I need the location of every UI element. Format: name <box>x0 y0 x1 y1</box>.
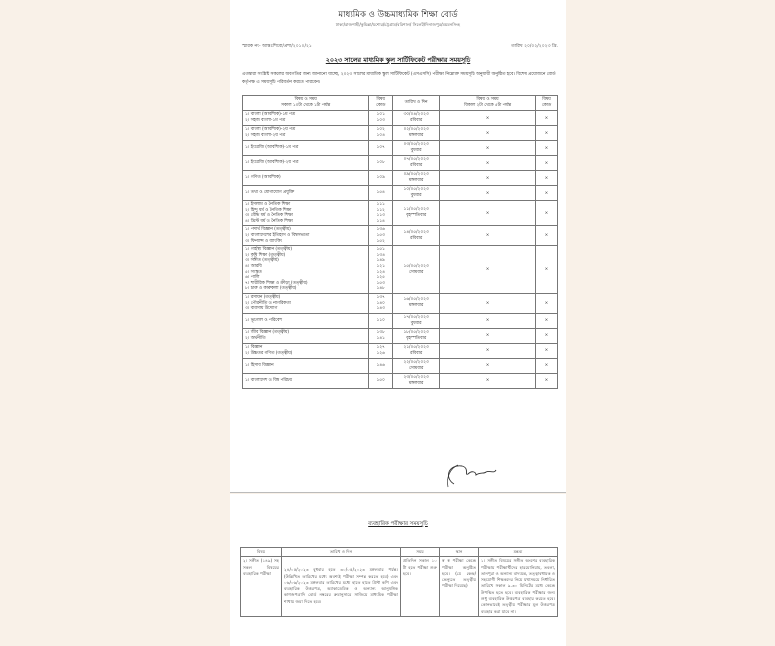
subject-name: ২। সহজ বাংলা-২য় পত্র <box>245 133 366 139</box>
subject-name: ১। হিসাব বিজ্ঞান <box>245 363 366 369</box>
exam-day: বুধবার <box>395 321 437 327</box>
practical-venue: স্ব স্ব পরীক্ষা কেন্দ্রে পরীক্ষা অনুষ্ঠি… <box>440 557 479 617</box>
table-row: ১। পদার্থ বিজ্ঞান (তত্ত্বীয়)২। বাংলাদেশ… <box>243 226 558 246</box>
subject-code: ১০৩ <box>371 118 390 124</box>
morning-subjects: ১। হিসাব বিজ্ঞান <box>243 358 369 373</box>
morning-subjects: ১। ইসলাম ও নৈতিক শিক্ষা২। হিন্দু ধর্ম ও … <box>243 201 369 226</box>
table-row: ১। ইংরেজি (আবশ্যিক)-২য় পত্র১০৮০৭/০৫/২০২… <box>243 156 558 171</box>
subject-code: ১৪১ <box>371 336 390 342</box>
morning-subjects: ১। তথ্য ও যোগাযোগ প্রযুক্তি <box>243 186 369 201</box>
morning-subjects: ১। গার্হস্থ্য বিজ্ঞান (তত্ত্বীয়)২। কৃষি… <box>243 246 369 294</box>
afternoon-subject: × <box>440 343 536 358</box>
exam-day: সোমবার <box>395 270 437 276</box>
exam-day: বৃহস্পতিবার <box>395 213 437 219</box>
practical-schedule-table: বিষয় তারিখ ও দিন সময় স্থান মন্তব্য ২। … <box>240 547 558 617</box>
afternoon-subject: × <box>440 226 536 246</box>
document-title: ২০২৩ সালের মাধ্যমিক স্কুল সার্টিফিকেট পর… <box>230 55 566 66</box>
exam-date-day: ২২/০৫/২০২৩সোমবার <box>393 358 440 373</box>
subject-codes: ১৩৮১৪১ <box>369 328 393 343</box>
afternoon-code: × <box>535 111 557 126</box>
exam-day: রবিবার <box>395 236 437 242</box>
afternoon-subject: × <box>440 186 536 201</box>
exam-date-day: ১৫/০৫/২০২৩সোমবার <box>393 246 440 294</box>
subject-codes: ১২৭১২৬ <box>369 343 393 358</box>
subject-name: ৩। ফিন্যান্স ও ব্যাংকিং <box>245 239 366 245</box>
table-row: ১। ইসলাম ও নৈতিক শিক্ষা২। হিন্দু ধর্ম ও … <box>243 201 558 226</box>
morning-subjects: ১। বিজ্ঞান২। উচ্চতর গণিত (তত্ত্বীয়) <box>243 343 369 358</box>
header-time: সময় <box>401 548 440 557</box>
afternoon-code: × <box>535 373 557 388</box>
afternoon-subject: × <box>440 201 536 226</box>
subject-codes: ১০১১০৩ <box>369 111 393 126</box>
subject-codes: ১১০ <box>369 313 393 328</box>
subject-codes: ১৫১১৩৪১৪৯১২১১২৪১২৫১৫৩১৪৮ <box>369 246 393 294</box>
subject-codes: ১৩৬১৫৩১৫২ <box>369 226 393 246</box>
morning-subjects: ১। বাংলা (আবশ্যিক)-২য় পত্র২। সহজ বাংলা-… <box>243 126 369 141</box>
afternoon-subject: × <box>440 171 536 186</box>
subject-codes: ১০৮ <box>369 156 393 171</box>
exam-day: বুধবার <box>395 148 437 154</box>
table-row: ১। রসায়ন (তত্ত্বীয়)২। পৌরনীতি ও নাগরিক… <box>243 293 558 313</box>
subject-code: ১২৬ <box>371 351 390 357</box>
subject-name: ৪। খ্রিস্ট ধর্ম ও নৈতিক শিক্ষা <box>245 219 366 225</box>
header-subject: বিষয় <box>241 548 282 557</box>
subject-codes: ১১১১১২১১৩১১৪ <box>369 201 393 226</box>
exam-schedule-table: বিষয় ও সময় সকাল ১০টা থেকে ১টা পর্যন্ত … <box>242 95 558 389</box>
exam-date-day: ০৯/০৫/২০২৩মঙ্গলবার <box>393 171 440 186</box>
subject-codes: ১৩৭১৪০১৪৩ <box>369 293 393 313</box>
morning-subjects: ১। জীব বিজ্ঞান (তত্ত্বীয়)২। অর্থনীতি <box>243 328 369 343</box>
subject-code: ১৫০ <box>371 378 390 384</box>
afternoon-subject: × <box>440 246 536 294</box>
table-row: ২। সঙ্গীত (১৪৯) সহ সকল বিষয়ের ব্যবহারিক… <box>241 557 558 617</box>
exam-date-day: ১১/০৫/২০২৩বৃহস্পতিবার <box>393 201 440 226</box>
exam-day: মঙ্গলবার <box>395 133 437 139</box>
afternoon-subject: × <box>440 358 536 373</box>
exam-date-day: ১৬/০৫/২০২৩মঙ্গলবার <box>393 293 440 313</box>
header-code-2: বিষয় কোড <box>535 96 557 111</box>
subject-name: ২। সহজ বাংলা-১ম পত্র <box>245 118 366 124</box>
subject-codes: ১০২১০৪ <box>369 126 393 141</box>
page-divider <box>230 492 566 493</box>
subject-name: ৮। চারু ও কারুকলা (তত্ত্বীয়) <box>245 286 366 292</box>
afternoon-code: × <box>535 313 557 328</box>
subject-code: ১৪৬ <box>371 363 390 369</box>
exam-date-day: ২৩/০৫/২০২৩মঙ্গলবার <box>393 373 440 388</box>
exam-day: বৃহস্পতিবার <box>395 336 437 342</box>
subject-code: ১১০ <box>371 318 390 324</box>
table-header-row: বিষয় ও সময় সকাল ১০টা থেকে ১টা পর্যন্ত … <box>243 96 558 111</box>
subject-name: ১। বাংলাদেশ ও বিশ্ব পরিচয় <box>245 378 366 384</box>
notice-page-1: মাধ্যমিক ও উচ্চমাধ্যমিক শিক্ষা বোর্ড ঢাক… <box>230 0 566 492</box>
afternoon-subject: × <box>440 293 536 313</box>
table-row: ১। বাংলা (আবশ্যিক)-১ম পত্র২। সহজ বাংলা-১… <box>243 111 558 126</box>
practical-remarks: ১। সঙ্গীত বিষয়ের সঙ্গীত অংশের ব্যবহারিক… <box>479 557 558 617</box>
subject-code: ১০৭ <box>371 145 390 151</box>
board-cities: ঢাকা/রাজশাহী/কুমিল্লা/যশোর/চট্টগ্রাম/বরি… <box>230 22 566 29</box>
exam-date-day: ১৪/০৫/২০২৩রবিবার <box>393 226 440 246</box>
practical-title: ব্যবহারিক পরীক্ষার সময়সূচি <box>230 521 566 529</box>
table-row: ১। গণিত (আবশ্যিক)১০৯০৯/০৫/২০২৩মঙ্গলবার×× <box>243 171 558 186</box>
afternoon-code: × <box>535 141 557 156</box>
afternoon-code: × <box>535 246 557 294</box>
table-header-row: বিষয় তারিখ ও দিন সময় স্থান মন্তব্য <box>241 548 558 557</box>
morning-subjects: ১। বাংলাদেশ ও বিশ্ব পরিচয় <box>243 373 369 388</box>
exam-day: সোমবার <box>395 366 437 372</box>
exam-day: মঙ্গলবার <box>395 381 437 387</box>
subject-codes: ১৫৪ <box>369 186 393 201</box>
exam-day: রবিবার <box>395 351 437 357</box>
table-row: ১। বাংলাদেশ ও বিশ্ব পরিচয়১৫০২৩/০৫/২০২৩ম… <box>243 373 558 388</box>
header-code: বিষয় কোড <box>369 96 393 111</box>
afternoon-subject: × <box>440 111 536 126</box>
notice-page-2: ব্যবহারিক পরীক্ষার সময়সূচি বিষয় তারিখ … <box>230 494 566 646</box>
exam-date-day: ১৭/০৫/২০২৩বুধবার <box>393 313 440 328</box>
afternoon-subject: × <box>440 328 536 343</box>
subject-codes: ১৪৬ <box>369 358 393 373</box>
header-date-day: তারিখ ও দিন <box>393 96 440 111</box>
board-name: মাধ্যমিক ও উচ্চমাধ্যমিক শিক্ষা বোর্ড <box>230 8 566 22</box>
afternoon-code: × <box>535 156 557 171</box>
exam-day: রবিবার <box>395 163 437 169</box>
exam-date-day: ০৭/০৫/২০২৩রবিবার <box>393 156 440 171</box>
schedule-body: ১। বাংলা (আবশ্যিক)-১ম পত্র২। সহজ বাংলা-১… <box>243 111 558 389</box>
exam-date-day: ৩০/০৪/২০২৩রবিবার <box>393 111 440 126</box>
afternoon-subject: × <box>440 141 536 156</box>
exam-date-day: ১৮/০৫/২০২৩বৃহস্পতিবার <box>393 328 440 343</box>
afternoon-subject: × <box>440 373 536 388</box>
afternoon-code: × <box>535 126 557 141</box>
header-venue: স্থান <box>440 548 479 557</box>
subject-code: ১৪৮ <box>371 286 390 292</box>
practical-date-day: ২৪/০৫/২০২৩ বুধবার হতে ৩০/০৫/২০২৩ মঙ্গলবা… <box>282 557 401 617</box>
subject-codes: ১০৯ <box>369 171 393 186</box>
subject-name: ১। ভূগোল ও পরিবেশ <box>245 318 366 324</box>
header-afternoon-subject: বিষয় ও সময় বিকাল ২টা থেকে ৫টা পর্যন্ত <box>440 96 536 111</box>
afternoon-code: × <box>535 186 557 201</box>
subject-name: ১। গণিত (আবশ্যিক) <box>245 175 366 181</box>
morning-subjects: ১। রসায়ন (তত্ত্বীয়)২। পৌরনীতি ও নাগরিক… <box>243 293 369 313</box>
exam-date-day: ১০/০৫/২০২৩বুধবার <box>393 186 440 201</box>
exam-day: মঙ্গলবার <box>395 178 437 184</box>
subject-name: ২। উচ্চতর গণিত (তত্ত্বীয়) <box>245 351 366 357</box>
exam-date-day: ০২/০৫/২০২৩মঙ্গলবার <box>393 126 440 141</box>
table-row: ১। বাংলা (আবশ্যিক)-২য় পত্র২। সহজ বাংলা-… <box>243 126 558 141</box>
header-morning-subject: বিষয় ও সময় সকাল ১০টা থেকে ১টা পর্যন্ত <box>243 96 369 111</box>
subject-code: ১৫২ <box>371 239 390 245</box>
table-row: ১। গার্হস্থ্য বিজ্ঞান (তত্ত্বীয়)২। কৃষি… <box>243 246 558 294</box>
subject-code: ১৫৪ <box>371 190 390 196</box>
exam-date-day: ০৩/০৫/২০২৩বুধবার <box>393 141 440 156</box>
table-row: ১। তথ্য ও যোগাযোগ প্রযুক্তি১৫৪১০/০৫/২০২৩… <box>243 186 558 201</box>
morning-subjects: ১। বাংলা (আবশ্যিক)-১ম পত্র২। সহজ বাংলা-১… <box>243 111 369 126</box>
afternoon-code: × <box>535 343 557 358</box>
subject-codes: ১৫০ <box>369 373 393 388</box>
issue-date: তারিখ ২০/০২/২০২৩ খ্রি. <box>511 43 558 50</box>
memo-number: স্মারক নং- আন্তঃশিবো/প্রশা/২০১০/২১ <box>242 43 312 50</box>
subject-code: ১০৪ <box>371 133 390 139</box>
table-row: ১। হিসাব বিজ্ঞান১৪৬২২/০৫/২০২৩সোমবার×× <box>243 358 558 373</box>
afternoon-code: × <box>535 293 557 313</box>
exam-date-day: ২১/০৫/২০২৩রবিবার <box>393 343 440 358</box>
subject-name: ১। তথ্য ও যোগাযোগ প্রযুক্তি <box>245 190 366 196</box>
afternoon-code: × <box>535 328 557 343</box>
subject-code: ১০৮ <box>371 160 390 166</box>
subject-code: ১০৯ <box>371 175 390 181</box>
subject-codes: ১০৭ <box>369 141 393 156</box>
table-row: ১। বিজ্ঞান২। উচ্চতর গণিত (তত্ত্বীয়)১২৭১… <box>243 343 558 358</box>
morning-subjects: ১। পদার্থ বিজ্ঞান (তত্ত্বীয়)২। বাংলাদেশ… <box>243 226 369 246</box>
header-date-day: তারিখ ও দিন <box>282 548 401 557</box>
subject-name: ১। ইংরেজি (আবশ্যিক)-২য় পত্র <box>245 160 366 166</box>
table-row: ১। ভূগোল ও পরিবেশ১১০১৭/০৫/২০২৩বুধবার×× <box>243 313 558 328</box>
exam-day: মঙ্গলবার <box>395 303 437 309</box>
morning-subjects: ১। গণিত (আবশ্যিক) <box>243 171 369 186</box>
afternoon-code: × <box>535 171 557 186</box>
subject-name: ৩। ব্যবসায় উদ্যোগ <box>245 306 366 312</box>
table-row: ১। জীব বিজ্ঞান (তত্ত্বীয়)২। অর্থনীতি১৩৮… <box>243 328 558 343</box>
afternoon-subject: × <box>440 156 536 171</box>
exam-day: বুধবার <box>395 193 437 199</box>
afternoon-code: × <box>535 226 557 246</box>
intro-paragraph: এতদ্বারা সংশ্লিষ্ট সকলের অবগতির জন্য জান… <box>242 71 556 86</box>
header-remarks: মন্তব্য <box>479 548 558 557</box>
subject-code: ১৪৩ <box>371 306 390 312</box>
morning-subjects: ১। ভূগোল ও পরিবেশ <box>243 313 369 328</box>
subject-name: ২। অর্থনীতি <box>245 336 366 342</box>
subject-name: ১। ইংরেজি (আবশ্যিক)-১ম পত্র <box>245 145 366 151</box>
morning-subjects: ১। ইংরেজি (আবশ্যিক)-২য় পত্র <box>243 156 369 171</box>
table-row: ১। ইংরেজি (আবশ্যিক)-১ম পত্র১০৭০৩/০৫/২০২৩… <box>243 141 558 156</box>
afternoon-subject: × <box>440 126 536 141</box>
subject-code: ১১৪ <box>371 219 390 225</box>
practical-time: প্রতিদিন সকাল ১০ টা হতে পরীক্ষা শুরু হবে… <box>401 557 440 617</box>
afternoon-subject: × <box>440 313 536 328</box>
exam-day: রবিবার <box>395 118 437 124</box>
morning-subjects: ১। ইংরেজি (আবশ্যিক)-১ম পত্র <box>243 141 369 156</box>
practical-subject: ২। সঙ্গীত (১৪৯) সহ সকল বিষয়ের ব্যবহারিক… <box>241 557 282 617</box>
signature-icon <box>440 460 500 490</box>
afternoon-code: × <box>535 201 557 226</box>
afternoon-code: × <box>535 358 557 373</box>
